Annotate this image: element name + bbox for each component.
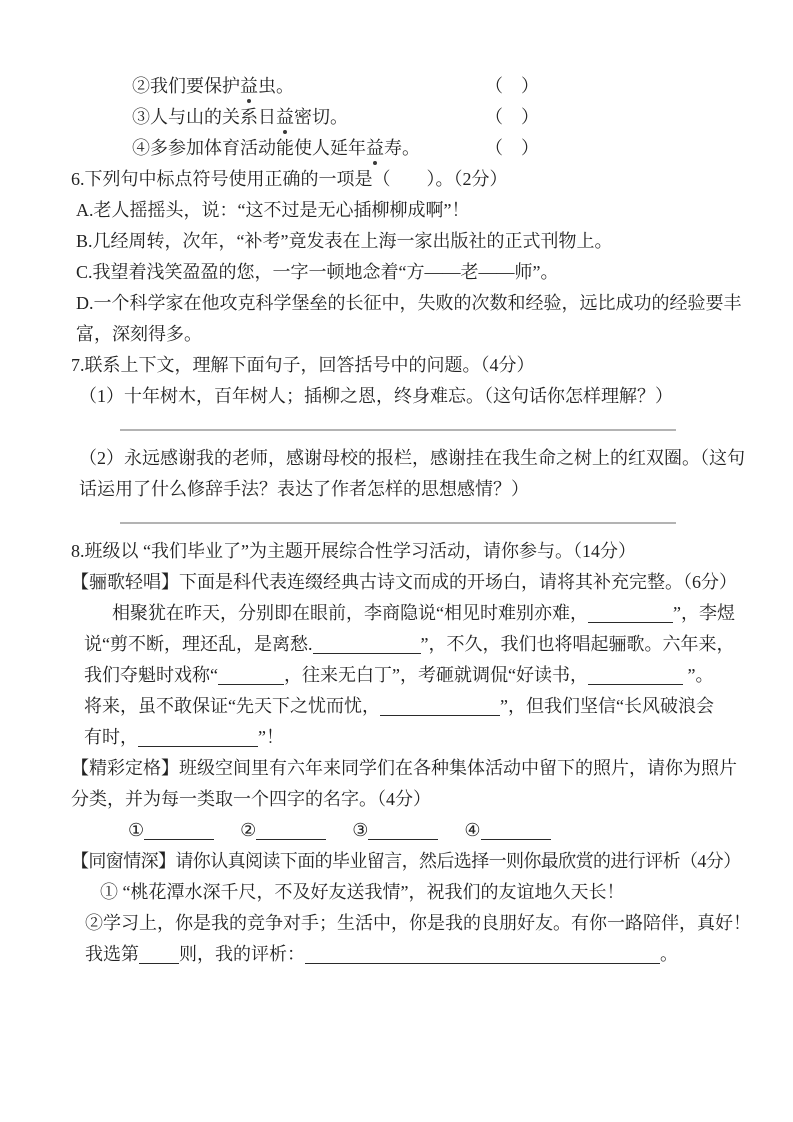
- q5-item-2: ②我们要保护益虫。 （ ）: [71, 71, 745, 102]
- q8-lige-line-5: 有时，”！: [84, 722, 745, 753]
- q8-lige-line-4: 将来，虽不敢保证“先天下之忧而忧，”，但我们坚信“长风破浪会: [84, 691, 745, 722]
- answer-blank: [481, 835, 551, 840]
- question-6: 6.下列句中标点符号使用正确的一项是（ ）。（2分） A.老人摇摇头，说：“这不…: [71, 164, 745, 350]
- spacer: [438, 835, 464, 836]
- text-segment: 我们夺魁时戏称“: [84, 665, 218, 685]
- answer-blank: [313, 649, 421, 654]
- answer-blank: [256, 835, 326, 840]
- text-segment: ”，李煜: [673, 603, 735, 623]
- q8-tongchuang-answer: 我选第则，我的评析：。: [85, 939, 745, 970]
- q8-jingcai-text: 【精彩定格】班级空间里有六年来同学们在各种集体活动中留下的照片，请你为照片分类，…: [71, 753, 745, 815]
- text-segment: 相聚犹在昨天，分别即在眼前，李商隐说“相见时难别亦难，: [112, 603, 588, 623]
- answer-blank: [588, 618, 673, 623]
- answer-line-1: [71, 412, 745, 443]
- answer-blank: [138, 742, 258, 747]
- text-segment: ，往来无白丁”，考砸就调侃“好读书，: [284, 665, 588, 685]
- text-segment: ①: [128, 820, 144, 840]
- q8-lige-line-1: 相聚犹在昨天，分别即在眼前，李商隐说“相见时难别亦难，”，李煜: [84, 598, 745, 629]
- answer-line-2: [71, 505, 745, 536]
- q6-option-d: D.一个科学家在他攻克科学堡垒的长征中，失败的次数和经验，远比成功的经验要丰富，…: [76, 288, 745, 350]
- answer-parens: （ ）: [485, 102, 539, 133]
- text-segment: ③: [352, 820, 368, 840]
- sentence-text: ②我们要保护: [132, 76, 240, 96]
- question-5-items: ②我们要保护益虫。 （ ） ③人与山的关系日益密切。 （ ） ④多参加体育活动能…: [71, 71, 745, 164]
- q8-jingcai-blanks: ①②③④: [128, 815, 745, 846]
- answer-parens: （ ）: [485, 133, 539, 164]
- text-segment: ②: [240, 820, 256, 840]
- answer-blank: [588, 680, 683, 685]
- emphasized-char: 益: [366, 133, 384, 164]
- text-segment: ”，不久，我们也将唱起骊歌。六年来，: [421, 634, 735, 654]
- sentence-text: ④多参加体育活动能使人延年: [132, 138, 366, 158]
- q8-header: 8.班级以 “我们毕业了”为主题开展综合性学习活动，请你参与。（14分）: [71, 536, 745, 567]
- answer-blank: [218, 680, 284, 685]
- answer-blank: [368, 835, 438, 840]
- q8-lige-line-3: 我们夺魁时戏称“，往来无白丁”，考砸就调侃“好读书， ”。: [84, 660, 745, 691]
- text-segment: ④: [464, 820, 480, 840]
- text-segment: 说“剪不断，理还乱，是离愁.: [84, 634, 313, 654]
- exam-paper-page: ②我们要保护益虫。 （ ） ③人与山的关系日益密切。 （ ） ④多参加体育活动能…: [0, 0, 793, 1122]
- q7-sub-2: （2）永远感谢我的老师，感谢母校的报栏，感谢挂在我生命之树上的红双圈。（这句话运…: [79, 443, 745, 505]
- sentence-text: 寿。: [384, 138, 420, 158]
- q6-option-c: C.我望着浅笑盈盈的您，一字一顿地念着“方——老——师”。: [76, 257, 745, 288]
- text-segment: ”。: [683, 665, 714, 685]
- text-segment: 则，我的评析：: [179, 944, 305, 964]
- q7-sub-1: （1）十年树木，百年树人；插柳之恩，终身难忘。（这句话你怎样理解？）: [79, 381, 745, 412]
- answer-parens: （ ）: [485, 71, 539, 102]
- q5-item-4: ④多参加体育活动能使人延年益寿。 （ ）: [71, 133, 745, 164]
- text-segment: ”，但我们坚信“长风破浪会: [500, 696, 714, 716]
- q8-lige-title: 【骊歌轻唱】下面是科代表连缀经典古诗文而成的开场白，请将其补充完整。（6分）: [71, 567, 745, 598]
- q5-item-3: ③人与山的关系日益密切。 （ ）: [71, 102, 745, 133]
- q6-header: 6.下列句中标点符号使用正确的一项是（ ）。（2分）: [71, 164, 745, 195]
- answer-blank: [380, 711, 500, 716]
- text-segment: 。: [660, 944, 678, 964]
- emphasized-char: 益: [276, 102, 294, 133]
- question-8: 8.班级以 “我们毕业了”为主题开展综合性学习活动，请你参与。（14分） 【骊歌…: [71, 536, 745, 970]
- spacer: [326, 835, 352, 836]
- text-segment: 有时，: [84, 727, 138, 747]
- spacer: [214, 835, 240, 836]
- q7-header: 7.联系上下文，理解下面句子，回答括号中的问题。（4分）: [71, 350, 745, 381]
- text-segment: 将来，虽不敢保证“先天下之忧而忧，: [84, 696, 380, 716]
- sentence-text: 密切。: [294, 107, 348, 127]
- q8-tongchuang-message-1: ① “桃花潭水深千尺，不及好友送我情”，祝我们的友谊地久天长！: [100, 877, 745, 908]
- q8-tongchuang-title: 【同窗情深】请你认真阅读下面的毕业留言，然后选择一则你最欣赏的进行评析（4分）: [71, 846, 745, 877]
- q6-option-a: A.老人摇摇头，说：“这不过是无心插柳柳成啊”！: [76, 195, 745, 226]
- question-7: 7.联系上下文，理解下面句子，回答括号中的问题。（4分） （1）十年树木，百年树…: [71, 350, 745, 536]
- q8-lige-line-2: 说“剪不断，理还乱，是离愁.”，不久，我们也将唱起骊歌。六年来，: [84, 629, 745, 660]
- text-segment: 我选第: [85, 944, 139, 964]
- emphasized-char: 益: [240, 71, 258, 102]
- answer-blank: [139, 959, 179, 964]
- answer-blank: [305, 959, 660, 964]
- q8-tongchuang-message-2: ②学习上，你是我的竞争对手；生活中，你是我的良朋好友。有你一路陪伴，真好！: [85, 908, 745, 939]
- sentence-text: 虫。: [258, 76, 294, 96]
- text-segment: ”！: [258, 727, 284, 747]
- q6-option-b: B.几经周转，次年，“补考”竟发表在上海一家出版社的正式刊物上。: [76, 226, 745, 257]
- sentence-text: ③人与山的关系日: [132, 107, 276, 127]
- answer-blank: [144, 835, 214, 840]
